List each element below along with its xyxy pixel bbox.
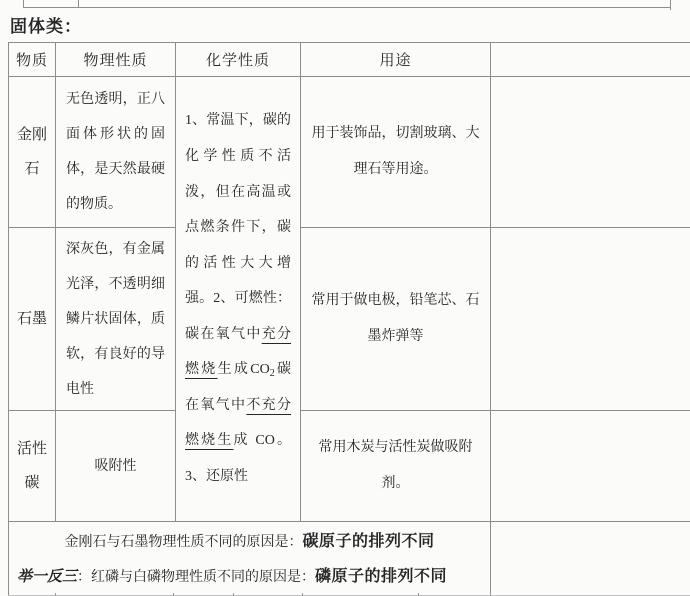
table-row-notes: 金刚石与石墨物理性质不同的原因是：碳原子的排列不同 举一反三：红磷与白磷物理性质…: [9, 522, 690, 596]
chemical-text-2: 生成: [218, 362, 251, 377]
previous-table-grid-stub: [670, 0, 671, 10]
graphite-name-cell: 石墨: [9, 228, 56, 411]
table-header-row: 物质 物理性质 化学性质 用途: [9, 43, 690, 77]
header-physical-properties: 物理性质: [56, 43, 176, 77]
activated-carbon-name-cell: 活性碳: [9, 411, 56, 522]
previous-table-grid-stub: [23, 0, 24, 7]
note-diamond-graphite-answer: 碳原子的排列不同: [302, 533, 434, 550]
diamond-use-cell: 用于装饰品，切割玻璃、大理石等用途。: [301, 77, 491, 228]
document-page: { "page": { "title": "固体类：" }, "colors":…: [0, 0, 690, 596]
header-uses: 用途: [301, 43, 491, 77]
graphite-physical-cell: 深灰色，有金属光泽，不透明细鳞片状固体，质软，有良好的导电性: [56, 228, 176, 411]
section-title: 固体类：: [10, 12, 82, 37]
activated-carbon-physical-cell: 吸附性: [56, 411, 176, 522]
header-chemical-properties: 化学性质: [176, 43, 301, 77]
previous-table-bottom-border: [23, 7, 671, 8]
blank-cell: [491, 228, 690, 411]
blank-cell: [491, 77, 690, 228]
blank-cell: [491, 522, 690, 596]
table-row-diamond: 金刚石 无色透明，正八面体形状的固体，是天然最硬的物质。 1、常温下，碳的化学性…: [9, 77, 690, 228]
notes-cell: 金刚石与石墨物理性质不同的原因是：碳原子的排列不同 举一反三：红磷与白磷物理性质…: [9, 522, 491, 596]
note-phosphorus-answer: 磷原子的排列不同: [315, 568, 447, 585]
header-substance: 物质: [9, 43, 56, 77]
blank-cell: [491, 411, 690, 522]
graphite-use-cell: 常用于做电极，铅笔芯、石墨炸弹等: [301, 228, 491, 411]
table-row-graphite: 石墨 深灰色，有金属光泽，不透明细鳞片状固体，质软，有良好的导电性 常用于做电极…: [9, 228, 690, 411]
diamond-physical-cell: 无色透明，正八面体形状的固体，是天然最硬的物质。: [56, 77, 176, 228]
activated-carbon-use-cell: 常用木炭与活性炭做吸附剂。: [301, 411, 491, 522]
note-diamond-graphite: 金刚石与石墨物理性质不同的原因是：碳原子的排列不同: [17, 525, 482, 560]
table-row-activated-carbon: 活性碳 吸附性 常用木炭与活性炭做吸附剂。: [9, 411, 690, 522]
header-blank-column: [491, 43, 690, 77]
co2-formula: CO2: [250, 362, 274, 377]
diamond-name-cell: 金刚石: [9, 77, 56, 228]
carbon-chemical-properties-cell: 1、常温下，碳的化学性质不活泼，但在高温或点燃条件下，碳的活性大大增强。2、可燃…: [176, 77, 301, 522]
previous-table-grid-stub: [78, 0, 79, 7]
note-phosphorus: 举一反三：红磷与白磷物理性质不同的原因是：磷原子的排列不同: [17, 560, 482, 595]
chemical-text-1: 1、常温下，碳的化学性质不活泼，但在高温或点燃条件下，碳的活性大大增强。2、可燃…: [185, 113, 291, 341]
note-phosphorus-lead: 举一反三: [17, 569, 77, 585]
solids-table: 物质 物理性质 化学性质 用途 金刚石 无色透明，正八面体形状的固体，是天然最硬…: [8, 42, 690, 596]
